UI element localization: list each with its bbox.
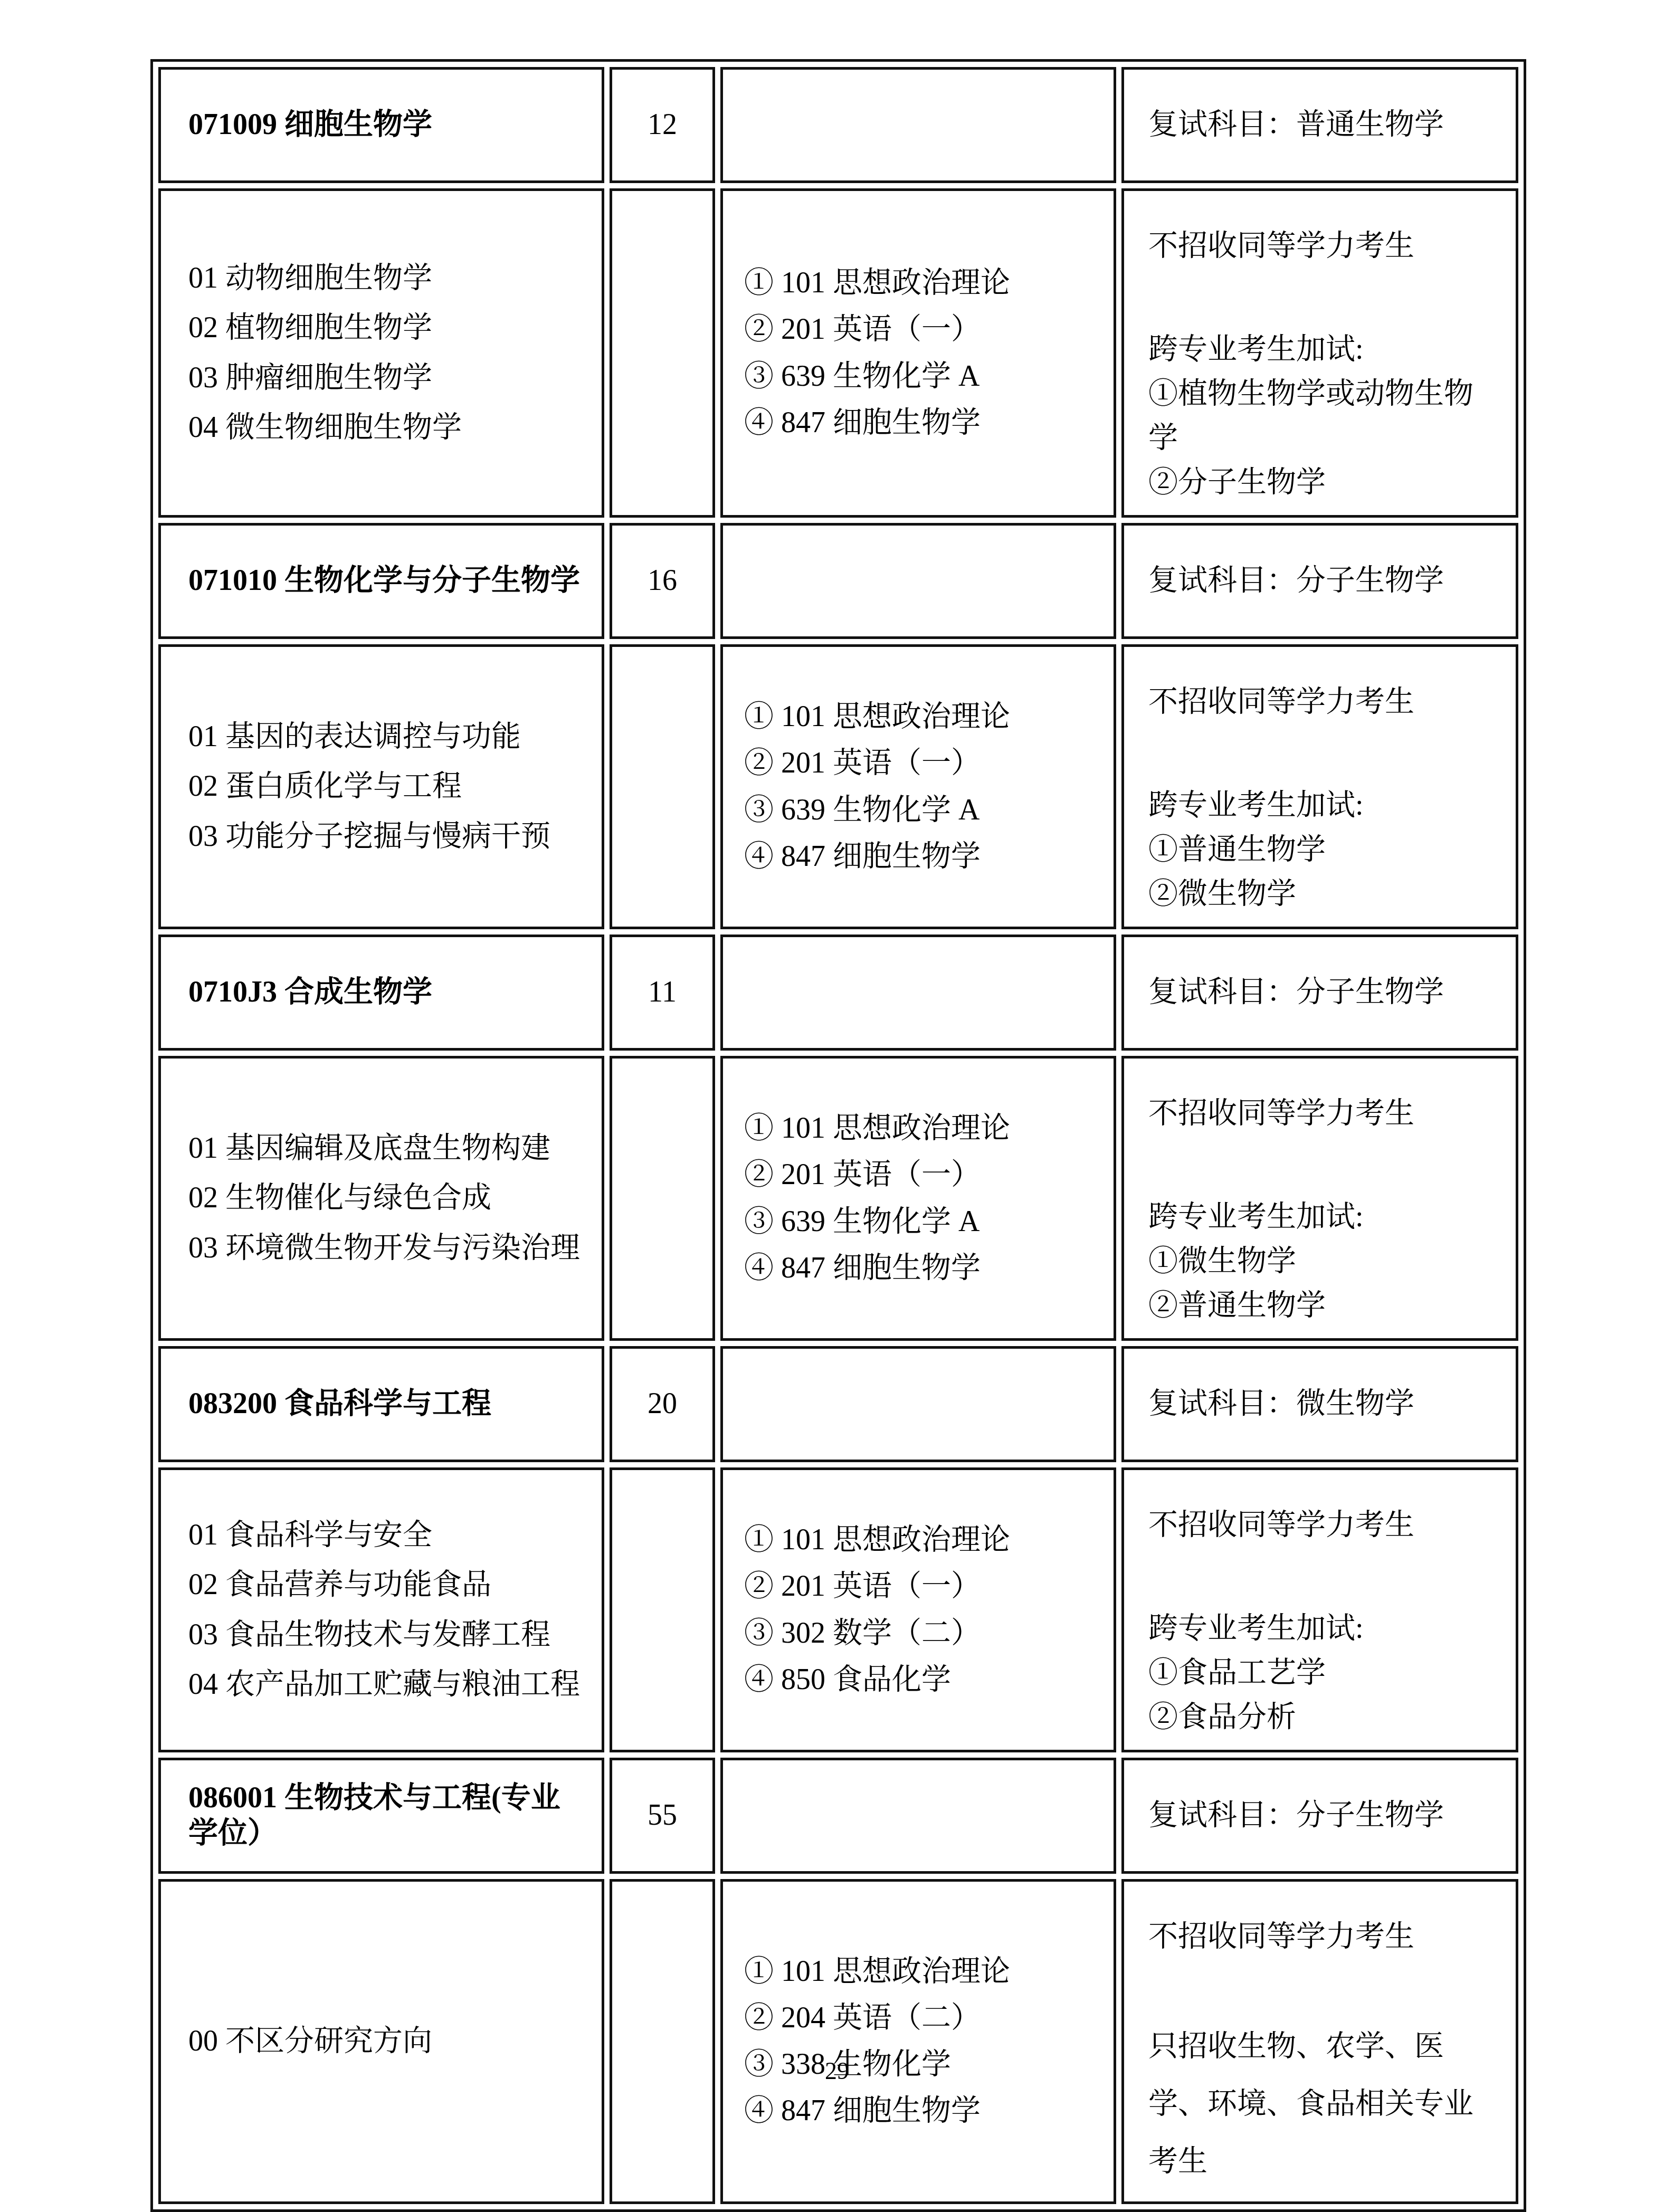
header-exams-empty-cell — [720, 935, 1116, 1051]
header-exams-empty-cell — [720, 523, 1116, 639]
research-direction: 01 基因编辑及底盘生物构建 — [188, 1131, 588, 1166]
research-directions-cell: 01 食品科学与安全02 食品营养与功能食品03 食品生物技术与发酵工程04 农… — [158, 1467, 604, 1752]
note-line: ①普通生物学 — [1148, 827, 1497, 872]
exam-subjects-cell: ① 101 思想政治理论② 201 英语（一）③ 639 生物化学 A④ 847… — [720, 644, 1116, 929]
detail-quota-empty-cell — [610, 188, 715, 518]
specialty-detail-row: 01 食品科学与安全02 食品营养与功能食品03 食品生物技术与发酵工程04 农… — [158, 1467, 1518, 1752]
retest-subject-cell: 复试科目：分子生物学 — [1121, 935, 1518, 1051]
research-direction: 03 食品生物技术与发酵工程 — [188, 1617, 588, 1653]
research-direction: 00 不区分研究方向 — [188, 2024, 588, 2059]
quota-cell: 16 — [610, 523, 715, 639]
research-direction: 02 食品营养与功能食品 — [188, 1567, 588, 1603]
specialty-detail-row: 00 不区分研究方向① 101 思想政治理论② 204 英语（二）③ 338 生… — [158, 1879, 1518, 2204]
research-direction: 03 功能分子挖掘与慢病干预 — [188, 819, 588, 854]
exam-subject: ② 204 英语（二） — [744, 2000, 1108, 2036]
note-line: ②食品分析 — [1148, 1695, 1497, 1739]
note-line: 不招收同等学力考生 — [1148, 1503, 1497, 1547]
specialty-title-cell: 0710J3 合成生物学 — [158, 935, 604, 1051]
retest-subject-cell: 复试科目：微生物学 — [1121, 1346, 1518, 1462]
exam-subject: ① 101 思想政治理论 — [744, 1111, 1108, 1146]
note-line: 不招收同等学力考生 — [1148, 680, 1497, 724]
note-line: 跨专业考生加试: — [1148, 327, 1497, 371]
exam-subject: ④ 847 细胞生物学 — [744, 839, 1108, 874]
header-exams-empty-cell — [720, 1346, 1116, 1462]
note-line: 跨专业考生加试: — [1148, 1195, 1497, 1239]
note-line: ①植物生物学或动物生物学 — [1148, 371, 1497, 460]
remarks-cell: 不招收同等学力考生只招收生物、农学、医学、环境、食品相关专业考生 — [1121, 1879, 1518, 2204]
remarks-cell: 不招收同等学力考生跨专业考生加试:①普通生物学②微生物学 — [1121, 644, 1518, 929]
note-spacer — [1148, 268, 1497, 327]
research-direction: 04 农产品加工贮藏与粮油工程 — [188, 1667, 588, 1702]
specialty-detail-row: 01 基因编辑及底盘生物构建02 生物催化与绿色合成03 环境微生物开发与污染治… — [158, 1056, 1518, 1341]
note-line: 不招收同等学力考生 — [1148, 1914, 1497, 1959]
exam-subject: ④ 847 细胞生物学 — [744, 405, 1108, 441]
specialty-detail-row: 01 基因的表达调控与功能02 蛋白质化学与工程03 功能分子挖掘与慢病干预① … — [158, 644, 1518, 929]
quota-cell: 55 — [610, 1758, 715, 1874]
exam-subject: ② 201 英语（一） — [744, 312, 1108, 347]
exam-subjects-cell: ① 101 思想政治理论② 201 英语（一）③ 639 生物化学 A④ 847… — [720, 188, 1116, 518]
specialty-header-row: 086001 生物技术与工程(专业学位）55复试科目：分子生物学 — [158, 1758, 1518, 1874]
remarks-cell: 不招收同等学力考生跨专业考生加试:①微生物学②普通生物学 — [1121, 1056, 1518, 1341]
research-direction: 01 动物细胞生物学 — [188, 261, 588, 296]
note-line: ②普通生物学 — [1148, 1283, 1497, 1328]
research-direction: 02 植物细胞生物学 — [188, 310, 588, 346]
specialty-header-row: 0710J3 合成生物学11复试科目：分子生物学 — [158, 935, 1518, 1051]
note-spacer — [1148, 1136, 1497, 1195]
research-directions-cell: 00 不区分研究方向 — [158, 1879, 604, 2204]
exam-subject: ① 101 思想政治理论 — [744, 1522, 1108, 1558]
exam-subject: ④ 847 细胞生物学 — [744, 1251, 1108, 1286]
remarks-cell: 不招收同等学力考生跨专业考生加试:①食品工艺学②食品分析 — [1121, 1467, 1518, 1752]
note-line: 只招收生物、农学、医学、环境、食品相关专业考生 — [1148, 2018, 1497, 2191]
quota-cell: 11 — [610, 935, 715, 1051]
specialty-detail-row: 01 动物细胞生物学02 植物细胞生物学03 肿瘤细胞生物学04 微生物细胞生物… — [158, 188, 1518, 518]
specialty-header-row: 071009 细胞生物学12复试科目：普通生物学 — [158, 67, 1518, 183]
specialty-title-cell: 071010 生物化学与分子生物学 — [158, 523, 604, 639]
note-line: 跨专业考生加试: — [1148, 1606, 1497, 1651]
exam-subjects-cell: ① 101 思想政治理论② 201 英语（一）③ 302 数学（二）④ 850 … — [720, 1467, 1116, 1752]
note-spacer — [1148, 1547, 1497, 1606]
research-direction: 02 生物催化与绿色合成 — [188, 1180, 588, 1216]
page-number: 29 — [0, 2057, 1674, 2085]
exam-subject: ③ 302 数学（二） — [744, 1616, 1108, 1651]
exam-subject: ④ 847 细胞生物学 — [744, 2093, 1108, 2129]
header-exams-empty-cell — [720, 1758, 1116, 1874]
research-direction: 03 环境微生物开发与污染治理 — [188, 1231, 588, 1266]
quota-cell: 12 — [610, 67, 715, 183]
note-line: 不招收同等学力考生 — [1148, 224, 1497, 268]
detail-quota-empty-cell — [610, 1056, 715, 1341]
note-line: ①食品工艺学 — [1148, 1651, 1497, 1695]
exam-subject: ③ 639 生物化学 A — [744, 1204, 1108, 1240]
remarks-cell: 不招收同等学力考生跨专业考生加试:①植物生物学或动物生物学②分子生物学 — [1121, 188, 1518, 518]
detail-quota-empty-cell — [610, 1879, 715, 2204]
exam-subject: ③ 639 生物化学 A — [744, 359, 1108, 394]
exam-subject: ① 101 思想政治理论 — [744, 1954, 1108, 1989]
admissions-table: 071009 细胞生物学12复试科目：普通生物学01 动物细胞生物学02 植物细… — [150, 59, 1526, 2212]
exam-subject: ③ 639 生物化学 A — [744, 793, 1108, 828]
note-spacer — [1148, 1959, 1497, 2018]
header-exams-empty-cell — [720, 67, 1116, 183]
detail-quota-empty-cell — [610, 644, 715, 929]
note-line: ②微生物学 — [1148, 872, 1497, 916]
retest-subject-cell: 复试科目：分子生物学 — [1121, 523, 1518, 639]
exam-subject: ① 101 思想政治理论 — [744, 265, 1108, 301]
specialty-header-row: 071010 生物化学与分子生物学16复试科目：分子生物学 — [158, 523, 1518, 639]
research-directions-cell: 01 基因的表达调控与功能02 蛋白质化学与工程03 功能分子挖掘与慢病干预 — [158, 644, 604, 929]
research-directions-cell: 01 动物细胞生物学02 植物细胞生物学03 肿瘤细胞生物学04 微生物细胞生物… — [158, 188, 604, 518]
admissions-table-body: 071009 细胞生物学12复试科目：普通生物学01 动物细胞生物学02 植物细… — [158, 67, 1518, 2204]
note-line: 不招收同等学力考生 — [1148, 1091, 1497, 1136]
exam-subjects-cell: ① 101 思想政治理论② 204 英语（二）③ 338 生物化学④ 847 细… — [720, 1879, 1116, 2204]
research-direction: 01 基因的表达调控与功能 — [188, 719, 588, 755]
quota-cell: 20 — [610, 1346, 715, 1462]
detail-quota-empty-cell — [610, 1467, 715, 1752]
retest-subject-cell: 复试科目：普通生物学 — [1121, 67, 1518, 183]
exam-subject: ② 201 英语（一） — [744, 1569, 1108, 1604]
retest-subject-cell: 复试科目：分子生物学 — [1121, 1758, 1518, 1874]
specialty-title-cell: 083200 食品科学与工程 — [158, 1346, 604, 1462]
exam-subjects-cell: ① 101 思想政治理论② 201 英语（一）③ 639 生物化学 A④ 847… — [720, 1056, 1116, 1341]
exam-subject: ④ 850 食品化学 — [744, 1662, 1108, 1698]
specialty-title-cell: 086001 生物技术与工程(专业学位） — [158, 1758, 604, 1874]
research-directions-cell: 01 基因编辑及底盘生物构建02 生物催化与绿色合成03 环境微生物开发与污染治… — [158, 1056, 604, 1341]
research-direction: 02 蛋白质化学与工程 — [188, 769, 588, 804]
research-direction: 04 微生物细胞生物学 — [188, 410, 588, 445]
note-spacer — [1148, 724, 1497, 783]
specialty-title-cell: 071009 细胞生物学 — [158, 67, 604, 183]
note-line: 跨专业考生加试: — [1148, 783, 1497, 827]
note-line: ②分子生物学 — [1148, 460, 1497, 504]
note-line: ①微生物学 — [1148, 1239, 1497, 1283]
research-direction: 03 肿瘤细胞生物学 — [188, 360, 588, 396]
research-direction: 01 食品科学与安全 — [188, 1518, 588, 1553]
exam-subject: ① 101 思想政治理论 — [744, 699, 1108, 735]
exam-subject: ② 201 英语（一） — [744, 1157, 1108, 1193]
exam-subject: ② 201 英语（一） — [744, 746, 1108, 781]
specialty-header-row: 083200 食品科学与工程20复试科目：微生物学 — [158, 1346, 1518, 1462]
